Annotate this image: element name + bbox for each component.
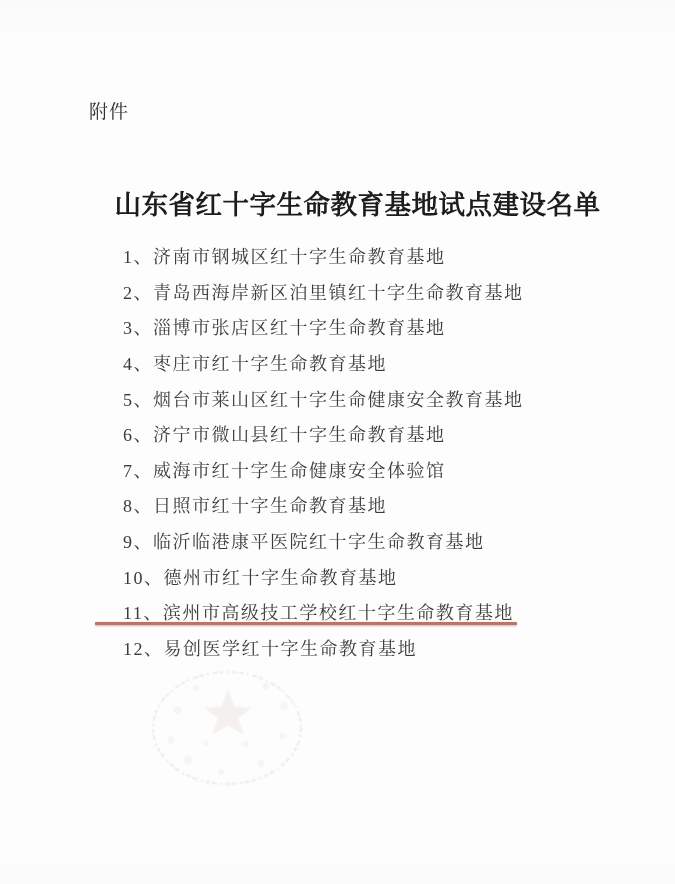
list-item: 6、济宁市微山县红十字生命教育基地 [123,418,524,454]
list-item: 8、日照市红十字生命教育基地 [123,489,524,525]
list-item: 11、滨州市高级技工学校红十字生命教育基地 [123,596,524,632]
list-item: 4、枣庄市红十字生命教育基地 [123,347,524,383]
list-item-label: 4、枣庄市红十字生命教育基地 [123,354,387,374]
list-item: 10、德州市红十字生命教育基地 [123,561,524,597]
list-item-label: 9、临沂临港康平医院红十字生命教育基地 [123,532,485,552]
base-list: 1、济南市钢城区红十字生命教育基地2、青岛西海岸新区泊里镇红十字生命教育基地3、… [123,240,524,668]
list-item-label: 12、易创医学红十字生命教育基地 [123,639,417,659]
list-item: 3、淄博市张店区红十字生命教育基地 [123,311,524,347]
list-item-label: 5、烟台市莱山区红十字生命健康安全教育基地 [123,390,524,410]
list-item-label: 8、日照市红十字生命教育基地 [123,496,387,516]
list-item: 12、易创医学红十字生命教育基地 [123,632,524,668]
list-item-label: 3、淄博市张店区红十字生命教育基地 [123,318,446,338]
list-item: 5、烟台市莱山区红十字生命健康安全教育基地 [123,383,524,419]
list-item-label: 7、威海市红十字生命健康安全体验馆 [123,461,446,481]
list-item-label: 2、青岛西海岸新区泊里镇红十字生命教育基地 [123,283,524,303]
stamp-star-icon [204,690,252,735]
official-seal-stamp-icon [126,648,330,812]
attachment-label: 附件 [89,97,129,124]
list-item-label: 11、滨州市高级技工学校红十字生命教育基地 [123,603,514,623]
list-item-label: 10、德州市红十字生命教育基地 [123,568,398,588]
list-item: 7、威海市红十字生命健康安全体验馆 [123,454,524,490]
list-item-label: 1、济南市钢城区红十字生命教育基地 [123,247,446,267]
document-title: 山东省红十字生命教育基地试点建设名单 [40,183,675,222]
list-item: 9、临沂临港康平医院红十字生命教育基地 [123,525,524,561]
list-item: 1、济南市钢城区红十字生命教育基地 [123,240,524,276]
list-item: 2、青岛西海岸新区泊里镇红十字生命教育基地 [123,276,524,312]
list-item-label: 6、济宁市微山县红十字生命教育基地 [123,425,446,445]
